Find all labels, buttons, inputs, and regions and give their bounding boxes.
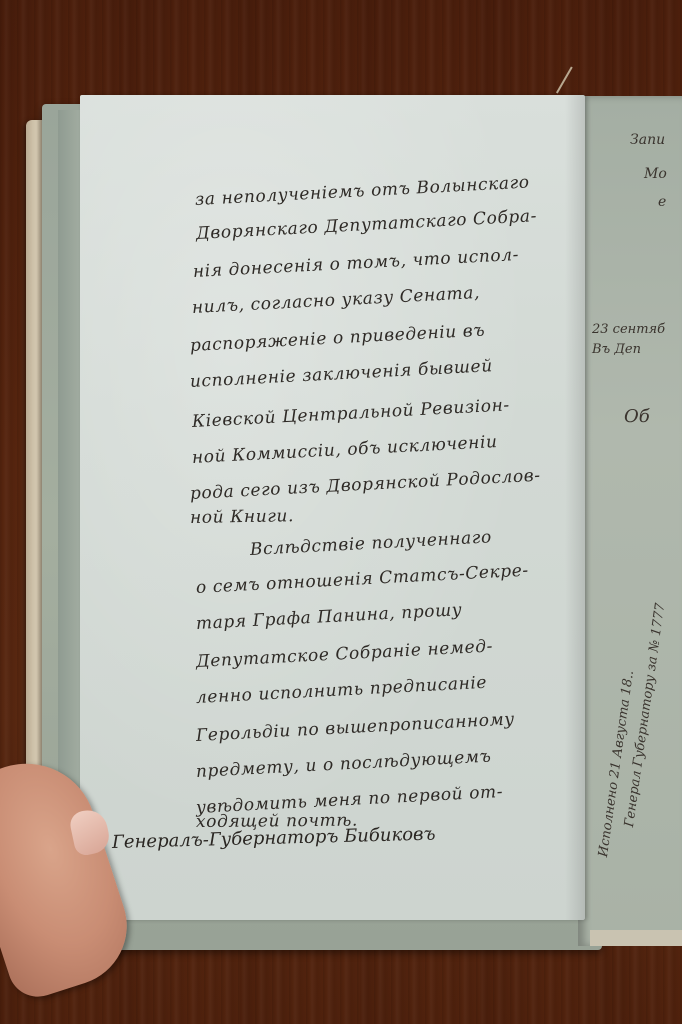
right-signature-fragment: Об xyxy=(624,406,650,427)
right-fragment: Запи xyxy=(630,132,665,148)
right-fragment-date: 23 сентяб xyxy=(592,322,665,337)
right-page[interactable]: Запи Мо е 23 сентяб Въ Деп Об Исполнено … xyxy=(578,96,682,946)
page-fold-shadow xyxy=(565,95,585,920)
right-page-bottom-edge xyxy=(590,930,682,946)
right-fragment: Мо xyxy=(644,166,667,182)
letter-line: ной Книги. xyxy=(190,506,294,528)
right-fragment: е xyxy=(658,194,666,210)
right-fragment: Въ Деп xyxy=(592,342,641,357)
